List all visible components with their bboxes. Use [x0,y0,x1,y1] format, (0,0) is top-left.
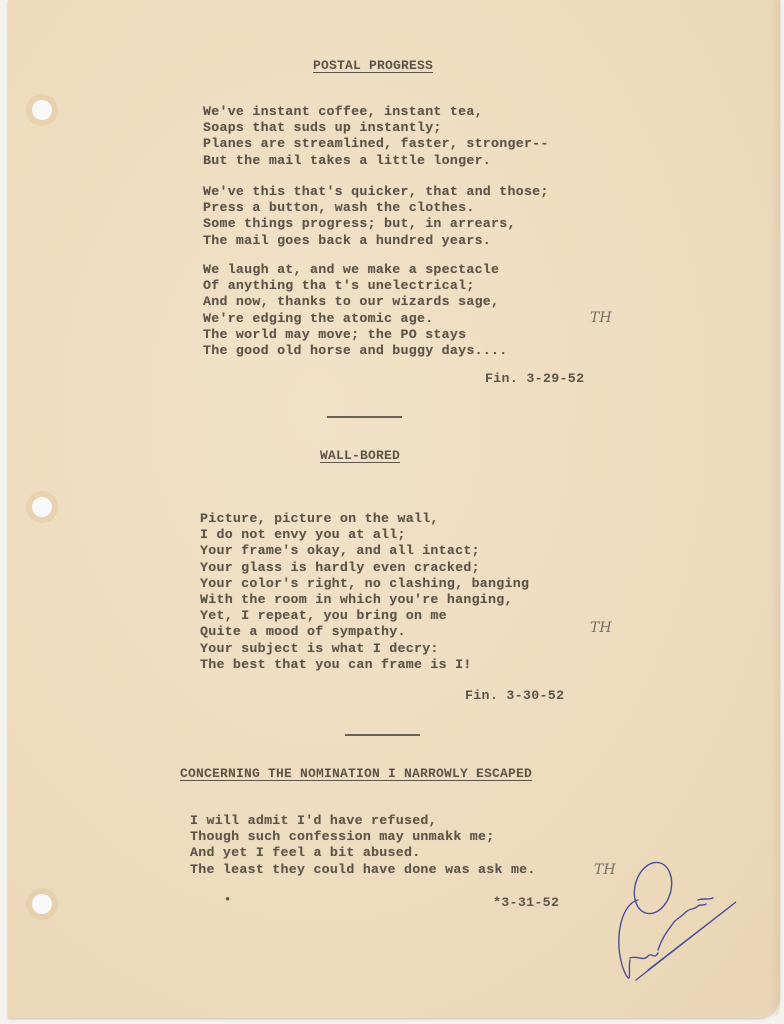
initials-mark: TH [590,620,612,636]
typed-page: POSTAL PROGRESS We've instant coffee, in… [8,0,780,1018]
punch-hole-bottom [32,894,52,914]
poem-3-stanza-1: I will admit I'd have refused, Though su… [190,813,536,878]
poem-2-date: Fin. 3-30-52 [465,688,564,703]
poem-1-stanza-2: We've this that's quicker, that and thos… [203,184,549,249]
poem-3-date: *3-31-52 [493,895,559,910]
poem-2-stanza-1: Picture, picture on the wall, I do not e… [200,511,529,673]
section-divider [345,734,420,736]
poem-title-postal-progress: POSTAL PROGRESS [313,58,433,73]
poem-title-wall-bored: WALL-BORED [320,448,400,463]
initials-mark: TH [590,310,612,326]
poem-1-date: Fin. 3-29-52 [485,371,584,386]
poem-1-stanza-1: We've instant coffee, instant tea, Soaps… [203,104,549,169]
poem-1-stanza-3: We laugh at, and we make a spectacle Of … [203,262,508,359]
bullet-mark: • [224,893,231,907]
section-divider [327,416,402,418]
punch-hole-top [32,100,52,120]
poem-title-nomination: CONCERNING THE NOMINATION I NARROWLY ESC… [180,766,532,781]
signature [608,860,748,990]
punch-hole-middle [32,497,52,517]
